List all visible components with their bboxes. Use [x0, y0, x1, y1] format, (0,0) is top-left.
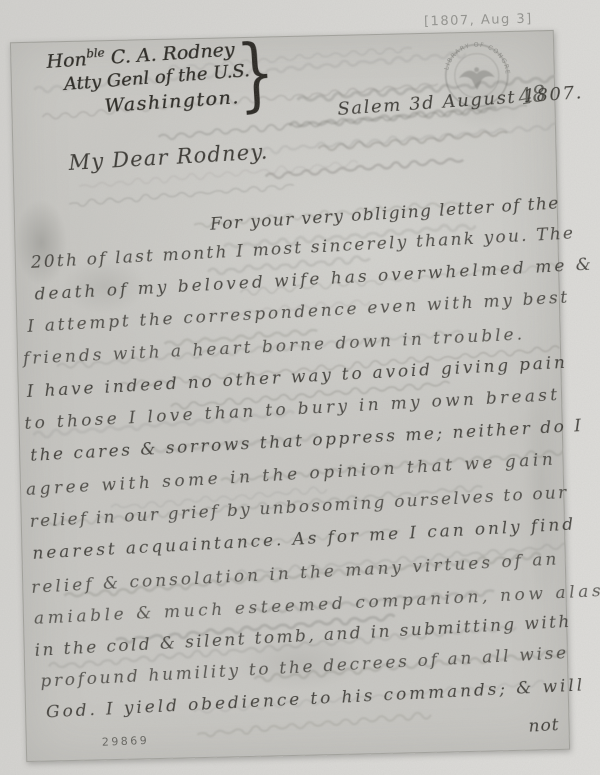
letter-sheet: Honble C. A. Rodney Atty Genl of the U.S… — [10, 30, 570, 762]
letter-line-17: not — [528, 716, 560, 736]
eagle-icon — [459, 67, 495, 90]
recipient-line-3: Washington. — [104, 87, 241, 117]
scanned-letter-page: [1807, Aug 3] Honble C. A. Rodney Atty G… — [0, 0, 600, 775]
archival-date-annotation: [1807, Aug 3] — [424, 12, 533, 30]
recipient-honorific-superscript: ble — [86, 46, 105, 61]
catalog-number-stamp: 29869 — [102, 734, 150, 749]
recipient-honorific: Hon — [46, 48, 88, 73]
salutation: My Dear Rodney. — [68, 140, 269, 175]
address-brace: } — [235, 41, 276, 108]
